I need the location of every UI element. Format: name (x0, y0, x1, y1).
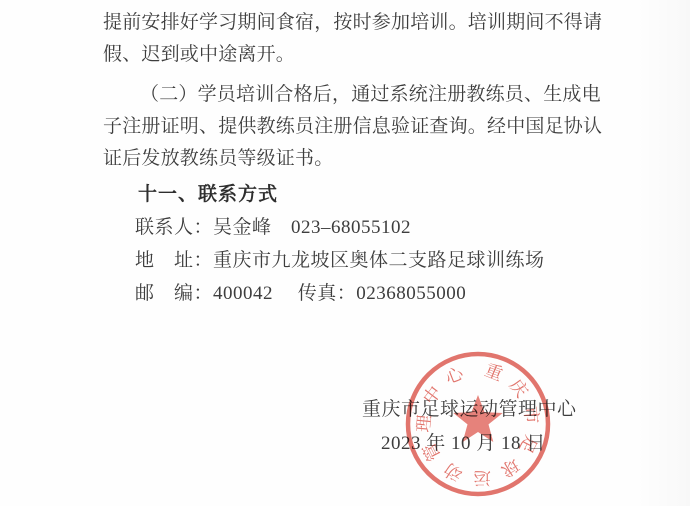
official-seal: 重庆市足球运动管理中心 (402, 348, 554, 500)
paragraph-continuation: 提前安排好学习期间食宿，按时参加培训。培训期间不得请 假、迟到或中途离开。 (103, 7, 603, 71)
scan-edge-shading (635, 0, 690, 506)
document-page: 提前安排好学习期间食宿，按时参加培训。培训期间不得请 假、迟到或中途离开。 （二… (0, 0, 690, 506)
contact-address-line: 地 址：重庆市九龙坡区奥体二支路足球训练场 (103, 244, 603, 277)
contact-info-block: 联系人：吴金峰 023–68055102 地 址：重庆市九龙坡区奥体二支路足球训… (103, 211, 603, 310)
contact-person-line: 联系人：吴金峰 023–68055102 (103, 211, 603, 244)
body-line: 假、迟到或中途离开。 (103, 39, 603, 71)
body-line: （二）学员培训合格后，通过系统注册教练员、生成电 (103, 79, 603, 111)
seal-ring (408, 354, 548, 494)
contact-postcode-fax-line: 邮 编：400042 传真：02368055000 (103, 277, 603, 310)
body-line: 证后发放教练员等级证书。 (103, 143, 603, 175)
signature-organization: 重庆市足球运动管理中心 (362, 394, 577, 421)
document-body: 提前安排好学习期间食宿，按时参加培训。培训期间不得请 假、迟到或中途离开。 （二… (103, 0, 603, 310)
seal-arc-text: 重庆市足球运动管理中心 (407, 352, 549, 495)
paragraph-item-2: （二）学员培训合格后，通过系统注册教练员、生成电 子注册证明、提供教练员注册信息… (103, 79, 603, 175)
section-heading-contact: 十一、联系方式 (103, 179, 603, 211)
body-line: 子注册证明、提供教练员注册信息验证查询。经中国足协认 (103, 111, 603, 143)
signature-date: 2023 年 10 月 18 日 (381, 428, 546, 455)
body-line: 提前安排好学习期间食宿，按时参加培训。培训期间不得请 (103, 7, 603, 39)
